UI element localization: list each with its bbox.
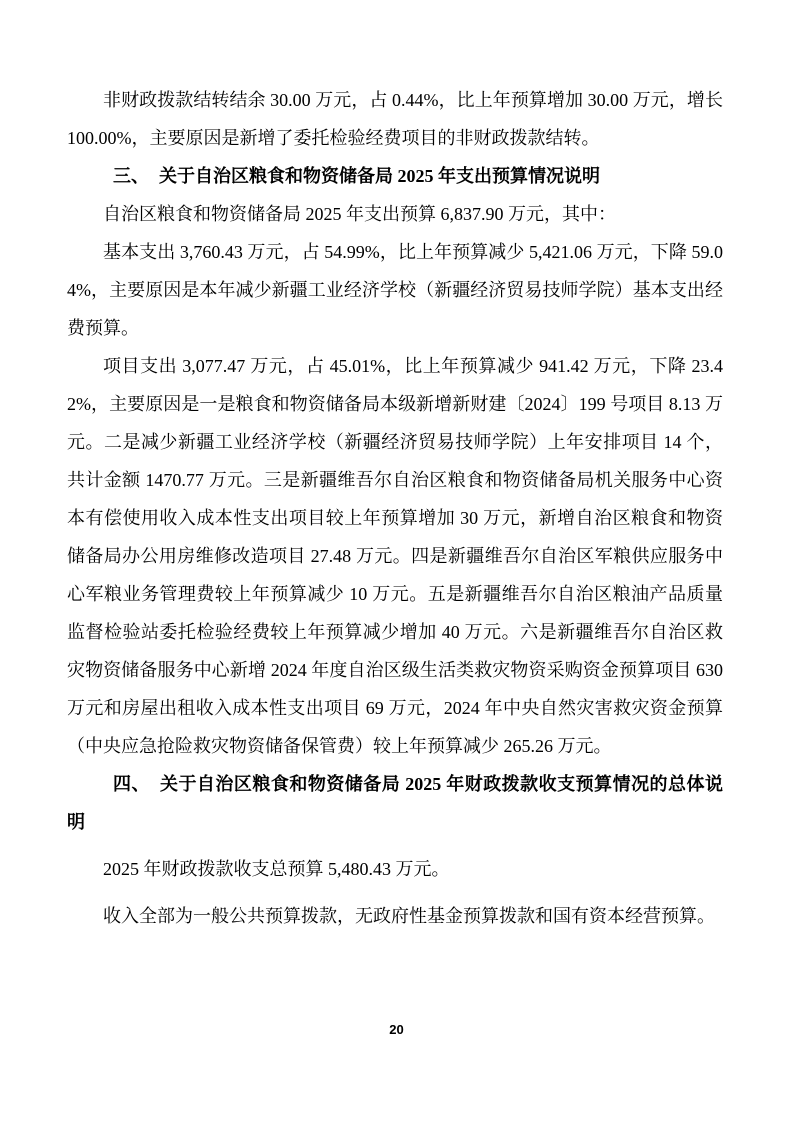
paragraph-expenditure-total: 自治区粮食和物资储备局 2025 年支出预算 6,837.90 万元，其中： <box>67 195 723 233</box>
paragraph-nonfiscal-carryover: 非财政拨款结转结余 30.00 万元，占 0.44%，比上年预算增加 30.00… <box>67 81 723 157</box>
heading-title: 关于自治区粮食和物资储备局 2025 年支出预算情况说明 <box>159 166 600 186</box>
paragraph-revenue-source: 收入全部为一般公共预算拨款，无政府性基金预算拨款和国有资本经营预算。 <box>67 897 723 935</box>
heading-title: 关于自治区粮食和物资储备局 2025 年财政拨款收支预算情况的总体说明 <box>67 774 723 832</box>
page-number: 20 <box>0 1021 793 1039</box>
heading-number: 四、 <box>113 774 150 794</box>
paragraph-fiscal-total: 2025 年财政拨款收支总预算 5,480.43 万元。 <box>67 850 723 888</box>
document-content: 非财政拨款结转结余 30.00 万元，占 0.44%，比上年预算增加 30.00… <box>67 81 723 935</box>
section-heading-4: 四、关于自治区粮食和物资储备局 2025 年财政拨款收支预算情况的总体说明 <box>67 765 723 841</box>
document-page: 非财政拨款结转结余 30.00 万元，占 0.44%，比上年预算增加 30.00… <box>0 0 793 1122</box>
paragraph-project-expenditure: 项目支出 3,077.47 万元，占 45.01%，比上年预算减少 941.42… <box>67 347 723 765</box>
section-heading-3: 三、关于自治区粮食和物资储备局 2025 年支出预算情况说明 <box>67 157 723 195</box>
paragraph-basic-expenditure: 基本支出 3,760.43 万元，占 54.99%，比上年预算减少 5,421.… <box>67 233 723 347</box>
heading-number: 三、 <box>113 166 149 186</box>
